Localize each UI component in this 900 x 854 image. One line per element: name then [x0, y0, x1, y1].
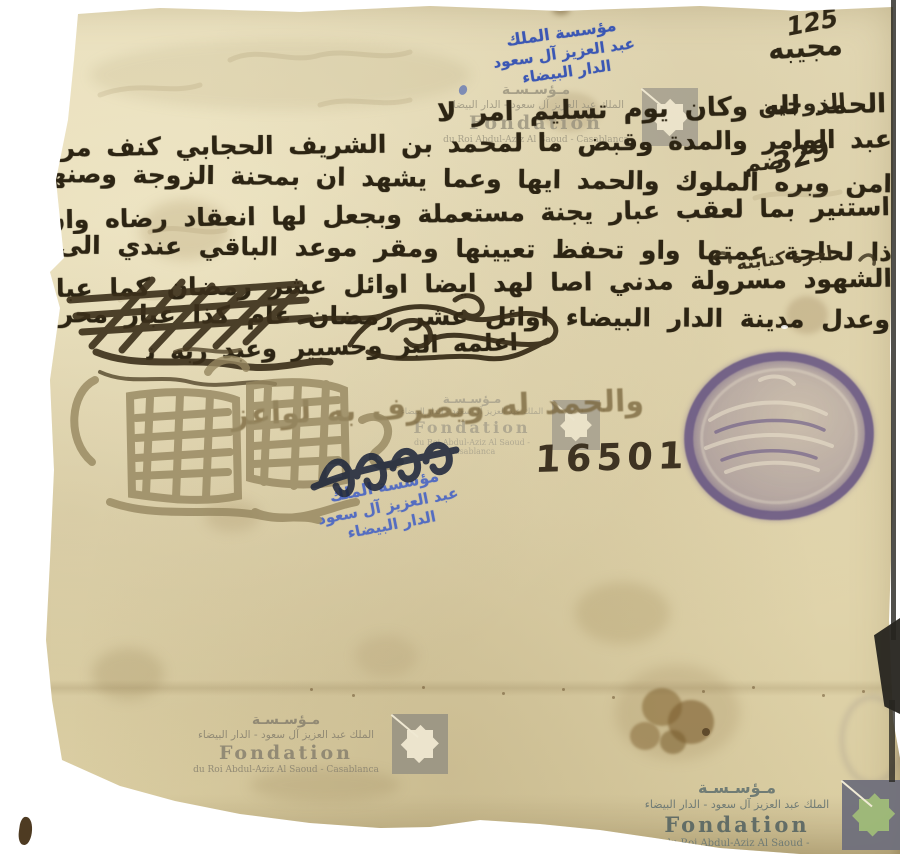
- stain: [575, 582, 670, 644]
- manuscript-line: استنير بما لعقب عبار يجنة مستعملة وبجعل …: [18, 192, 890, 235]
- stain: [90, 40, 470, 110]
- speckle: [822, 694, 825, 697]
- watermark-arabic-subtitle: الملك عبد العزيز آل سعود - الدار البيضاء: [636, 798, 838, 811]
- watermark-arabic-title: مـؤسـسـة: [186, 712, 386, 728]
- foundation-watermark-bottom-right: مـؤسـسـة الملك عبد العزيز آل سعود - الدا…: [636, 778, 838, 854]
- stain: [205, 500, 260, 532]
- speckle: [562, 688, 565, 691]
- margin-keyword: مجيبه: [767, 28, 844, 67]
- speckle: [422, 686, 425, 689]
- stain: [552, 2, 570, 15]
- watermark-french-subtitle: du Roi Abdul-Aziz Al Saoud - Casablanca: [186, 765, 386, 775]
- inventory-number: 16501: [534, 434, 690, 481]
- ink-blot: [630, 722, 660, 750]
- foundation-star-logo: [392, 714, 448, 774]
- manuscript-line: اعلمه البر وحسبير وعبد ربه نقلر: [146, 328, 519, 366]
- scanned-manuscript-page: مـؤسـسـة الملك عبد العزيز آل سعود - الدا…: [0, 0, 900, 854]
- logo-fold-line: [841, 780, 873, 807]
- watermark-french-title: Fondation: [186, 742, 386, 764]
- scan-edge-strip: [889, 700, 895, 782]
- foundation-watermark-bottom-left: مـؤسـسـة الملك عبد العزيز آل سعود - الدا…: [186, 712, 386, 775]
- watermark-arabic-subtitle: الملك عبد العزيز آل سعود - الدار البيضاء: [186, 729, 386, 741]
- speckle: [702, 690, 705, 693]
- speckle: [352, 694, 355, 697]
- paper-glint: [781, 325, 788, 329]
- speckle: [752, 686, 755, 689]
- watermark-french-subtitle: du Roi Abdul-Aziz Al Saoud - Casablanca: [636, 838, 838, 854]
- watermark-french-subtitle: du Roi Abdul-Aziz Al Saoud - Casablanca: [396, 438, 548, 456]
- foundation-star-logo: [842, 780, 900, 850]
- debris-fleck: [17, 816, 34, 846]
- speckle: [862, 690, 865, 693]
- speckle: [502, 692, 505, 695]
- stain: [355, 635, 417, 677]
- scan-edge-strip: [891, 0, 896, 640]
- speckle: [310, 688, 313, 691]
- aged-paper-sheet: مـؤسـسـة الملك عبد العزيز آل سعود - الدا…: [0, 0, 900, 854]
- watermark-arabic-title: مـؤسـسـة: [636, 778, 838, 797]
- horizontal-fold-crease: [30, 680, 892, 696]
- blue-foundation-stamp-middle: مؤسسة الملك عبد العزيز آل سعود الدار الب…: [296, 460, 480, 552]
- speckle: [612, 696, 615, 699]
- ink-blot: [660, 730, 686, 754]
- margin-note: الزوجين: [757, 90, 846, 120]
- watermark-french-title: Fondation: [636, 812, 838, 837]
- purple-oval-seal: [674, 341, 883, 531]
- logo-fold-line: [391, 714, 419, 738]
- ink-dot: [702, 728, 710, 736]
